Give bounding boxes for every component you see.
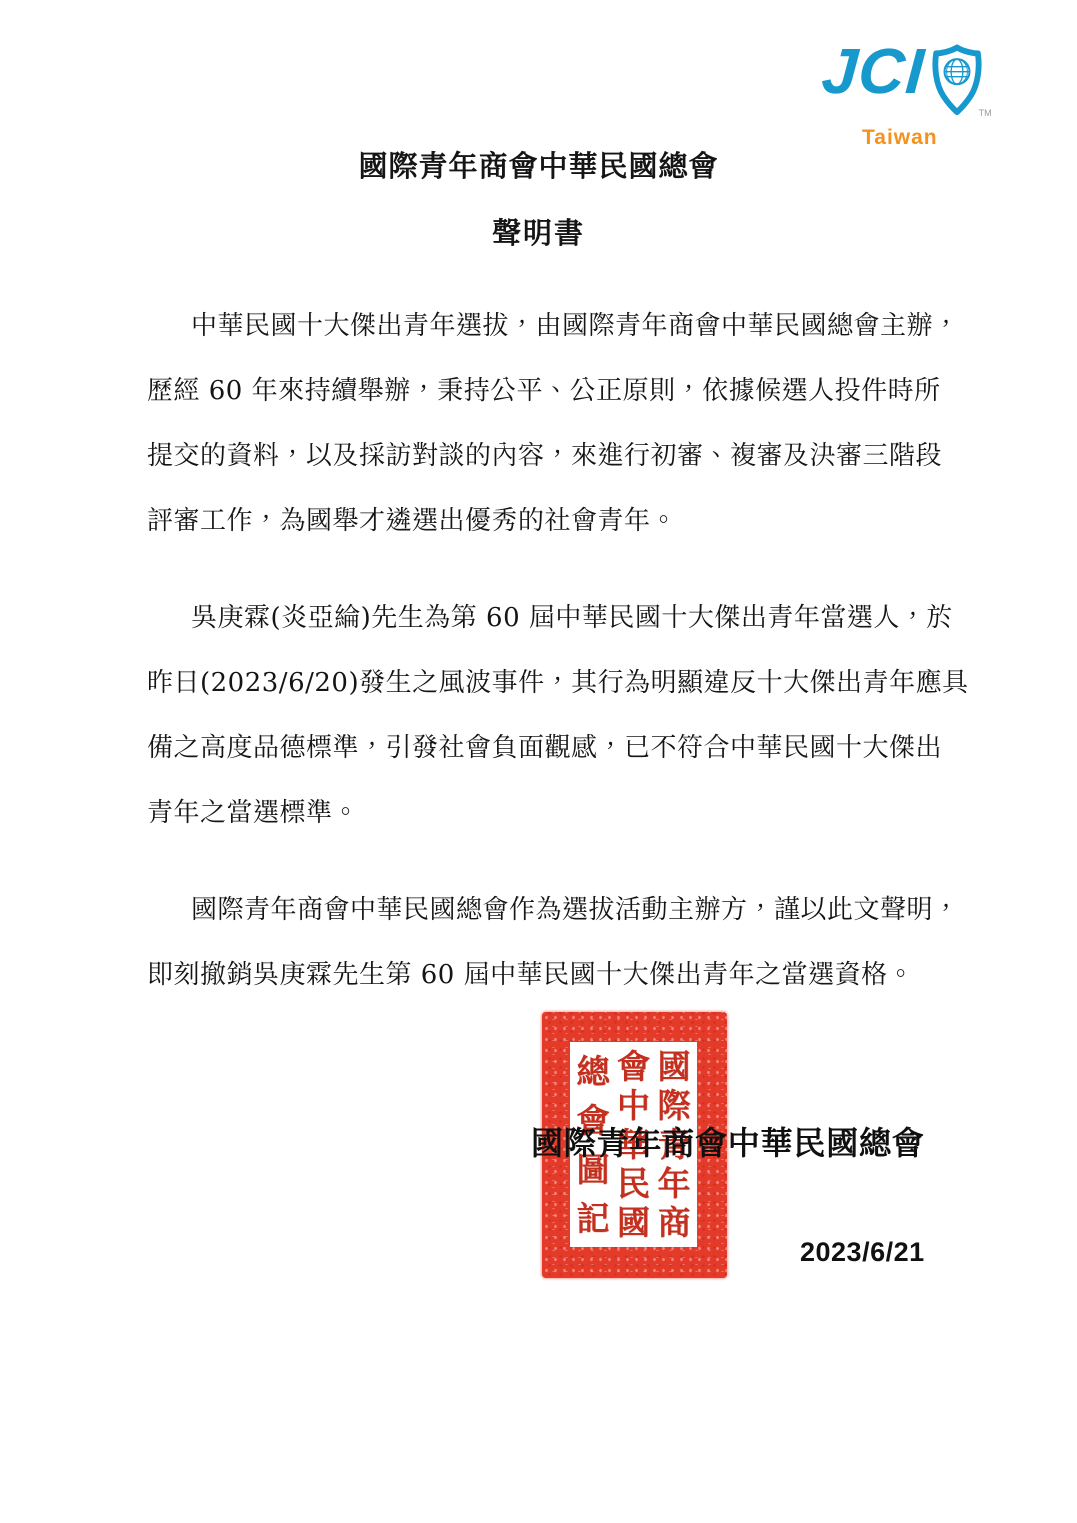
statement-date: 2023/6/21 [800, 1237, 925, 1268]
statement-body: 中華民國十大傑出青年選拔，由國際青年商會中華民國總會主辦， 歷經 60 年來持續… [147, 294, 947, 1008]
statement-line: 備之高度品德標準，引發社會負面觀感，已不符合中華民國十大傑出 [147, 716, 947, 781]
paragraph: 中華民國十大傑出青年選拔，由國際青年商會中華民國總會主辦， 歷經 60 年來持續… [147, 294, 947, 554]
jci-taiwan-logo: JCI TM Taiwan [822, 42, 1012, 150]
statement-line: 即刻撤銷吳庚霖先生第 60 屆中華民國十大傑出青年之當選資格。 [147, 943, 947, 1008]
statement-line: 提交的資料，以及採訪對談的內容，來進行初審、複審及決審三階段 [147, 424, 947, 489]
statement-line: 吳庚霖(炎亞綸)先生為第 60 屆中華民國十大傑出青年當選人，於 [147, 586, 947, 651]
statement-line: 中華民國十大傑出青年選拔，由國際青年商會中華民國總會主辦， [147, 294, 947, 359]
statement-line: 國際青年商會中華民國總會作為選拔活動主辦方，謹以此文聲明， [147, 878, 947, 943]
statement-document: JCI TM Taiwan 國際青年商會中華民國總會 聲明書 中華民國十大傑出青… [0, 0, 1077, 1523]
paragraph: 吳庚霖(炎亞綸)先生為第 60 屆中華民國十大傑出青年當選人，於 昨日(2023… [147, 586, 947, 846]
paragraph: 國際青年商會中華民國總會作為選拔活動主辦方，謹以此文聲明， 即刻撤銷吳庚霖先生第… [147, 878, 947, 1008]
statement-line: 青年之當選標準。 [147, 781, 947, 846]
page-title: 國際青年商會中華民國總會 [0, 144, 1077, 185]
organization-signature: 國際青年商會中華民國總會 [531, 1118, 925, 1164]
statement-line: 歷經 60 年來持續舉辦，秉持公平、公正原則，依據候選人投件時所 [147, 359, 947, 424]
trademark-label: TM [979, 108, 992, 118]
statement-line: 評審工作，為國舉才遴選出優秀的社會青年。 [147, 489, 947, 554]
statement-line: 昨日(2023/6/20)發生之風波事件，其行為明顯違反十大傑出青年應具 [147, 651, 947, 716]
statement-heading: 聲明書 [0, 211, 1077, 252]
shield-globe-icon: TM [932, 44, 982, 120]
jci-brand-text: JCI [820, 42, 927, 100]
